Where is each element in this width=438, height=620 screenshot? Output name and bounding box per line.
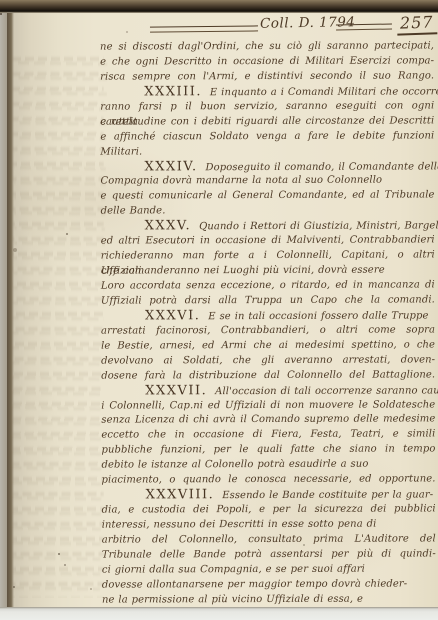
manuscript-line: Compagnia dovrà mandarne la nota al suo …	[100, 174, 434, 190]
manuscript-line: XXXVII. All'occasion di tali occorrenze …	[101, 383, 435, 399]
manuscript-line: ne si discosti dagl'Ordini, che su ciò g…	[100, 39, 434, 55]
manuscript-line: arrestati facinorosi, Contrabbandieri, o…	[101, 323, 435, 339]
section-number: XXXIV.	[144, 159, 201, 174]
ink-bleedthrough	[12, 53, 104, 598]
manuscript-line: e affinché ciascun Soldato venga a fare …	[100, 129, 434, 145]
manuscript-line: XXXVIII. Essendo le Bande costituite per…	[102, 488, 436, 504]
manuscript-line: arbitrio del Colonnello, consultato prim…	[102, 532, 436, 548]
manuscript-line: risca sempre con l'Armi, e distintivi se…	[100, 69, 434, 85]
manuscript-line: Militari.	[100, 144, 434, 160]
manuscript-line: ci giorni dalla sua Compagnia, e se per …	[102, 562, 436, 578]
scan-left-strip	[0, 13, 7, 607]
manuscript-line: senza Licenza di chi avrà il Comando sup…	[101, 413, 435, 429]
manuscript-line: XXXIII. E inquanto a i Comandi Militari …	[100, 84, 434, 100]
manuscript-line: eccetto che in occasione di Fiera, Festa…	[101, 428, 435, 444]
manuscript-line: dosene farà la distribuzione dal Colonne…	[101, 368, 435, 384]
manuscript-line: debito le istanze al Colonello potrà esa…	[101, 458, 435, 474]
scan-bottom-edge	[0, 607, 438, 620]
manuscript-line: e rettitudine con i debiti riguardi alle…	[100, 114, 434, 130]
text-block: ne si discosti dagl'Ordini, che su ciò g…	[100, 39, 436, 608]
manuscript-line: richiederanno man forte a i Colonnelli, …	[101, 249, 435, 265]
ink-bleedthrough	[8, 52, 108, 598]
manuscript-line: dovesse allontanarsene per maggior tempo…	[102, 577, 436, 593]
manuscript-line: XXXIV. Doposeguito il comando, il Comand…	[100, 159, 434, 175]
book-top-edge	[0, 0, 438, 14]
manuscript-line: delle Bande.	[101, 204, 435, 220]
section-number: XXXVII.	[145, 383, 211, 398]
section-number: XXXIII.	[144, 84, 206, 99]
page-header: Coll. D. 1794 257	[0, 13, 438, 41]
folio-page-number: 257	[397, 12, 437, 35]
manuscript-line: ne la permissione al più vicino Uffizial…	[102, 592, 436, 608]
manuscript-line: pubbliche funzioni, per le quali fatte c…	[101, 443, 435, 459]
manuscript-line: XXXV. Quando i Rettori di Giustizia, Min…	[101, 219, 435, 235]
manuscript-line: i Colonnelli, Cap.ni ed Uffiziali di non…	[101, 398, 435, 414]
manuscript-scan: Coll. D. 1794 257 ne si discosti dagl'Or…	[0, 0, 438, 620]
header-rule-left	[150, 25, 258, 32]
binding-gutter	[7, 13, 14, 607]
manuscript-line: e questi comunicarle al General Comandan…	[101, 189, 435, 205]
section-number: XXXVI.	[145, 308, 204, 323]
manuscript-page: Coll. D. 1794 257 ne si discosti dagl'Or…	[0, 13, 438, 607]
section-number: XXXVIII.	[146, 487, 219, 502]
manuscript-line: ed altri Esecutori in occasione di Malvi…	[101, 234, 435, 250]
manuscript-line: interessi, nessuno dei Descritti in esse…	[102, 517, 436, 533]
manuscript-line: piacimento, o quando le conosca necessar…	[102, 473, 436, 489]
manuscript-line: ranno farsi p il buon servizio, saranno …	[100, 99, 434, 115]
section-number: XXXV.	[145, 219, 196, 234]
manuscript-line: Loro accordata senza eccezione, o ritard…	[101, 278, 435, 294]
manuscript-line: che comanderanno nei Luoghi più vicini, …	[101, 263, 435, 279]
manuscript-line: Tribunale delle Bande potrà assentarsi p…	[102, 547, 436, 563]
manuscript-line: e che ogni Descritto in occasione di Mil…	[100, 54, 434, 70]
manuscript-line: Uffiziali potrà darsi alla Truppa un Cap…	[101, 293, 435, 309]
manuscript-line: devolvano ai Soldati, che gli averanno a…	[101, 353, 435, 369]
header-rule-right	[336, 24, 392, 31]
manuscript-line: XXXVI. E se in tali occasioni fossero da…	[101, 308, 435, 324]
manuscript-line: le Bestie, arnesi, ed Armi che ai medesi…	[101, 338, 435, 354]
manuscript-line: dia, e custodia dei Popoli, e per la sic…	[102, 502, 436, 518]
